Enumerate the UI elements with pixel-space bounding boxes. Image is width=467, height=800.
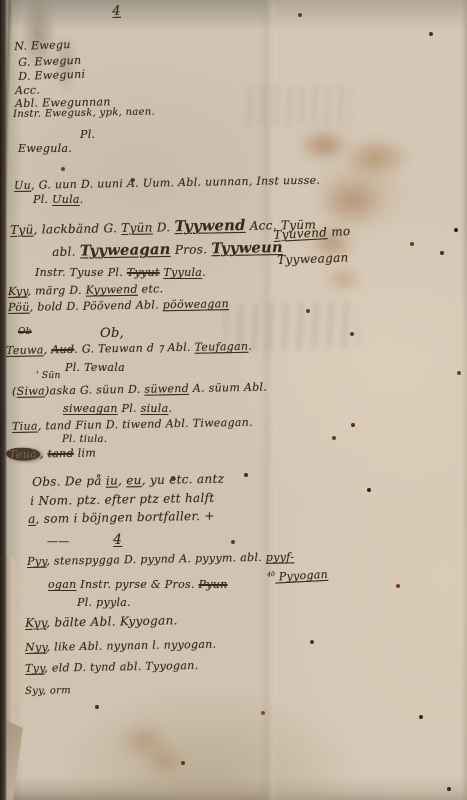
text-segment: eu xyxy=(126,473,142,487)
text-segment: D. xyxy=(153,220,175,234)
text-segment: Tyyweun xyxy=(211,239,283,257)
text-segment: pyyf- xyxy=(266,550,295,563)
text-segment: . xyxy=(248,340,252,353)
text-segment: Tyyula xyxy=(163,266,202,279)
paradigm-ewegu-dat: D. Eweguni xyxy=(18,68,86,83)
text-segment: D. Eweguni xyxy=(18,68,86,83)
text-segment: Tyyut xyxy=(127,266,160,279)
interline-sun: ' Sün xyxy=(36,371,61,381)
paradigm-teuwa-pl: Pl. Tewala xyxy=(65,361,125,374)
text-segment: Kyy xyxy=(8,285,28,298)
text-segment: Pl. xyxy=(33,193,52,206)
text-segment: . xyxy=(168,402,172,415)
margin-note-tyyweagan: Tyyweagan xyxy=(277,251,349,267)
text-segment: , tand Fiun D. tiwend Abl. Tiweagan. xyxy=(38,416,253,433)
text-segment: Pl. tiula. xyxy=(62,434,107,445)
paradigm-kyy-marg: Kyy, märg D. Kyywend etc. xyxy=(8,282,164,298)
obs-note-line3: a, som i böjngen bortfaller. + xyxy=(28,509,215,526)
text-segment: 4 xyxy=(112,4,121,19)
text-segment: Siwa xyxy=(17,384,45,397)
paradigm-uu-pl: Pl. Uula. xyxy=(33,193,84,206)
paradigm-siwa: (Siwa)aska G. süun D. süwend A. süum Abl… xyxy=(12,381,267,398)
text-segment: Tyyweagan xyxy=(277,251,349,267)
text-segment: , stenspygga D. pyynd A. pyyym. abl. xyxy=(46,551,266,568)
text-segment: N. Ewegu xyxy=(14,38,71,53)
text-segment: lim xyxy=(74,446,96,459)
paradigm-nyy: Nyy, like Abl. nyynan l. nyyogan. xyxy=(25,638,216,654)
margin-note-pyyogan: 40 Pyyogan xyxy=(267,568,328,584)
paradigm-teuwa: Teuwa, Aud. G. Teuwan d ⁊ Abl. Teufagan. xyxy=(6,340,252,357)
paradigm-ewegu-acc: Acc. xyxy=(15,84,40,97)
heading-ob: Ob, xyxy=(100,326,124,341)
text-segment: , like Abl. nyynan l. nyyogan. xyxy=(46,638,216,654)
text-segment: Tyywend xyxy=(174,217,245,235)
text-segment: Pl. pyyla. xyxy=(77,596,131,609)
paradigm-ewegu-nom: N. Ewegu xyxy=(14,38,71,53)
text-segment: G. Ewegun xyxy=(18,54,82,69)
text-segment: Pl. Tewala xyxy=(65,361,125,374)
obs-note-line1: Obs. De på iu, eu, yu etc. antz xyxy=(32,472,224,489)
text-segment: Syy, orm xyxy=(25,685,71,697)
paradigm-tyy-eld: Tyy, eld D. tynd abl. Tyyogan. xyxy=(25,659,198,675)
text-segment: iu xyxy=(106,473,118,487)
paradigm-pyy-pl: Pl. pyyla. xyxy=(77,596,131,609)
text-segment: Aud xyxy=(51,343,74,356)
text-segment: abl. xyxy=(52,245,80,259)
text-segment: Ob, xyxy=(100,326,124,341)
obs-note-line2: i Nom. ptz. efter ptz ett halft xyxy=(30,491,215,508)
margin-note-tyuvend: Tyuvend mo xyxy=(273,224,351,242)
divider-dash: —— xyxy=(47,535,70,548)
paradigm-ewegu-instr: Instr. Ewegusk, ypk, naen. xyxy=(13,107,155,120)
text-segment: Pyyogan xyxy=(275,568,329,584)
text-segment: , yu etc. antz xyxy=(142,472,225,487)
text-segment: Uula xyxy=(52,193,80,206)
text-segment: . G. Teuwan d ⁊ Abl. xyxy=(74,341,195,356)
text-segment: Kyy xyxy=(25,616,46,630)
paradigm-tyu-line3: Instr. Tyuse Pl. Tyyut Tyyula. xyxy=(35,266,206,279)
paradigm-ewegu-gen: G. Ewegun xyxy=(18,54,82,69)
text-segment: tand xyxy=(47,447,74,460)
text-segment: Tyün xyxy=(121,221,153,236)
text-segment: Pl. xyxy=(80,128,95,141)
text-segment: Teuwa xyxy=(6,343,44,357)
paradigm-syy: Syy, orm xyxy=(25,685,71,697)
manuscript-photo: 4N. EweguG. EwegunD. EweguniAcc.Abl. Ewe… xyxy=(0,0,467,800)
text-segment: Acc. xyxy=(15,84,40,97)
paradigm-ewegu-pl-label: Pl. xyxy=(80,128,95,141)
text-segment: Instr. Ewegusk, ypk, naen. xyxy=(13,107,155,120)
text-segment: , lackbänd G. xyxy=(33,221,121,237)
blotted-teua: Teuä, tand lim xyxy=(6,446,96,461)
text-segment: , bold D. Pöövend Abl. xyxy=(30,298,163,313)
text-segment: Pyun xyxy=(199,578,228,591)
paradigm-siwa-pl: siweagan Pl. siula. xyxy=(63,402,172,415)
text-segment: Tyü xyxy=(10,223,34,237)
text-segment: , eld D. tynd abl. Tyyogan. xyxy=(44,659,198,675)
text-segment: A. süum Abl. xyxy=(189,381,267,395)
paradigm-tyu-line2: abl. Tyyweagan Pros. Tyyweun xyxy=(52,239,283,260)
text-segment: siula xyxy=(141,402,169,415)
text-segment: etc. xyxy=(138,282,164,295)
text-segment: mo xyxy=(327,224,351,239)
text-segment: i Nom. ptz. efter ptz ett halft xyxy=(30,491,215,508)
text-segment: , märg D. xyxy=(27,284,85,298)
text-segment: siweagan xyxy=(63,402,118,415)
text-segment: —— xyxy=(47,535,70,548)
text-segment: Teufagan xyxy=(194,340,248,354)
text-segment: )aska G. süun D. xyxy=(45,383,145,398)
text-segment: , som i böjngen bortfaller. + xyxy=(35,509,214,526)
text-segment: Tiua xyxy=(12,420,38,433)
text-segment: Ewegula. xyxy=(18,142,72,155)
text-segment: , bälte Abl. Kyyogan. xyxy=(46,613,178,629)
text-segment: Ob xyxy=(18,327,32,337)
text-segment: Tyyweagan xyxy=(80,241,171,260)
paradigm-tyu-line1: Tyü, lackbänd G. Tyün D. Tyywend Acc. Ty… xyxy=(10,216,316,238)
text-segment: Pl. xyxy=(118,402,141,415)
paradigm-uu: Uu, G. uun D. uuni A. Uum. Abl. uunnan, … xyxy=(14,174,320,192)
section-mark: 4 xyxy=(113,532,122,548)
text-segment: Tyy xyxy=(25,662,44,675)
text-segment: ogan xyxy=(48,578,77,591)
text-segment: ' Sün xyxy=(36,371,61,381)
paradigm-kyy-balte: Kyy, bälte Abl. Kyyogan. xyxy=(25,613,178,630)
text-segment: , G. uun D. uuni A. Uum. Abl. uunnan, In… xyxy=(31,174,320,192)
text-segment: Teuä xyxy=(6,447,40,461)
crossed-ob: Ob xyxy=(18,327,32,337)
text-segment: Instr. pyrse & Pros. xyxy=(77,578,199,591)
handwritten-text-block: 4N. EweguG. EwegunD. EweguniAcc.Abl. Ewe… xyxy=(0,0,467,800)
text-segment: süwend xyxy=(144,382,189,396)
paradigm-pyy-line2: ogan Instr. pyrse & Pros. Pyun xyxy=(48,578,228,591)
text-segment: Nyy xyxy=(25,641,47,654)
text-segment: . xyxy=(80,193,84,206)
paradigm-ewegu-pl: Ewegula. xyxy=(18,142,72,155)
page-number: 4 xyxy=(112,4,121,19)
text-segment: Obs. De på xyxy=(32,474,106,489)
paradigm-pou: Pöü, bold D. Pöövend Abl. pööweagan xyxy=(8,297,229,314)
text-segment: Pöü xyxy=(8,301,30,314)
text-segment: Instr. Tyuse Pl. xyxy=(35,266,127,279)
paradigm-tiua-pl: Pl. tiula. xyxy=(62,434,107,445)
text-segment: Kyywend xyxy=(86,283,138,297)
text-segment: Pyy xyxy=(27,555,47,568)
text-segment: pööweagan xyxy=(163,297,229,311)
text-segment: Pros. xyxy=(171,242,212,257)
text-segment: 4 xyxy=(113,532,122,548)
text-segment: . xyxy=(202,266,206,279)
text-segment: Uu xyxy=(14,179,31,192)
paradigm-pyy-line1: Pyy, stenspygga D. pyynd A. pyyym. abl. … xyxy=(27,550,294,568)
paradigm-tiua: Tiua, tand Fiun D. tiwend Abl. Tiweagan. xyxy=(12,416,253,433)
